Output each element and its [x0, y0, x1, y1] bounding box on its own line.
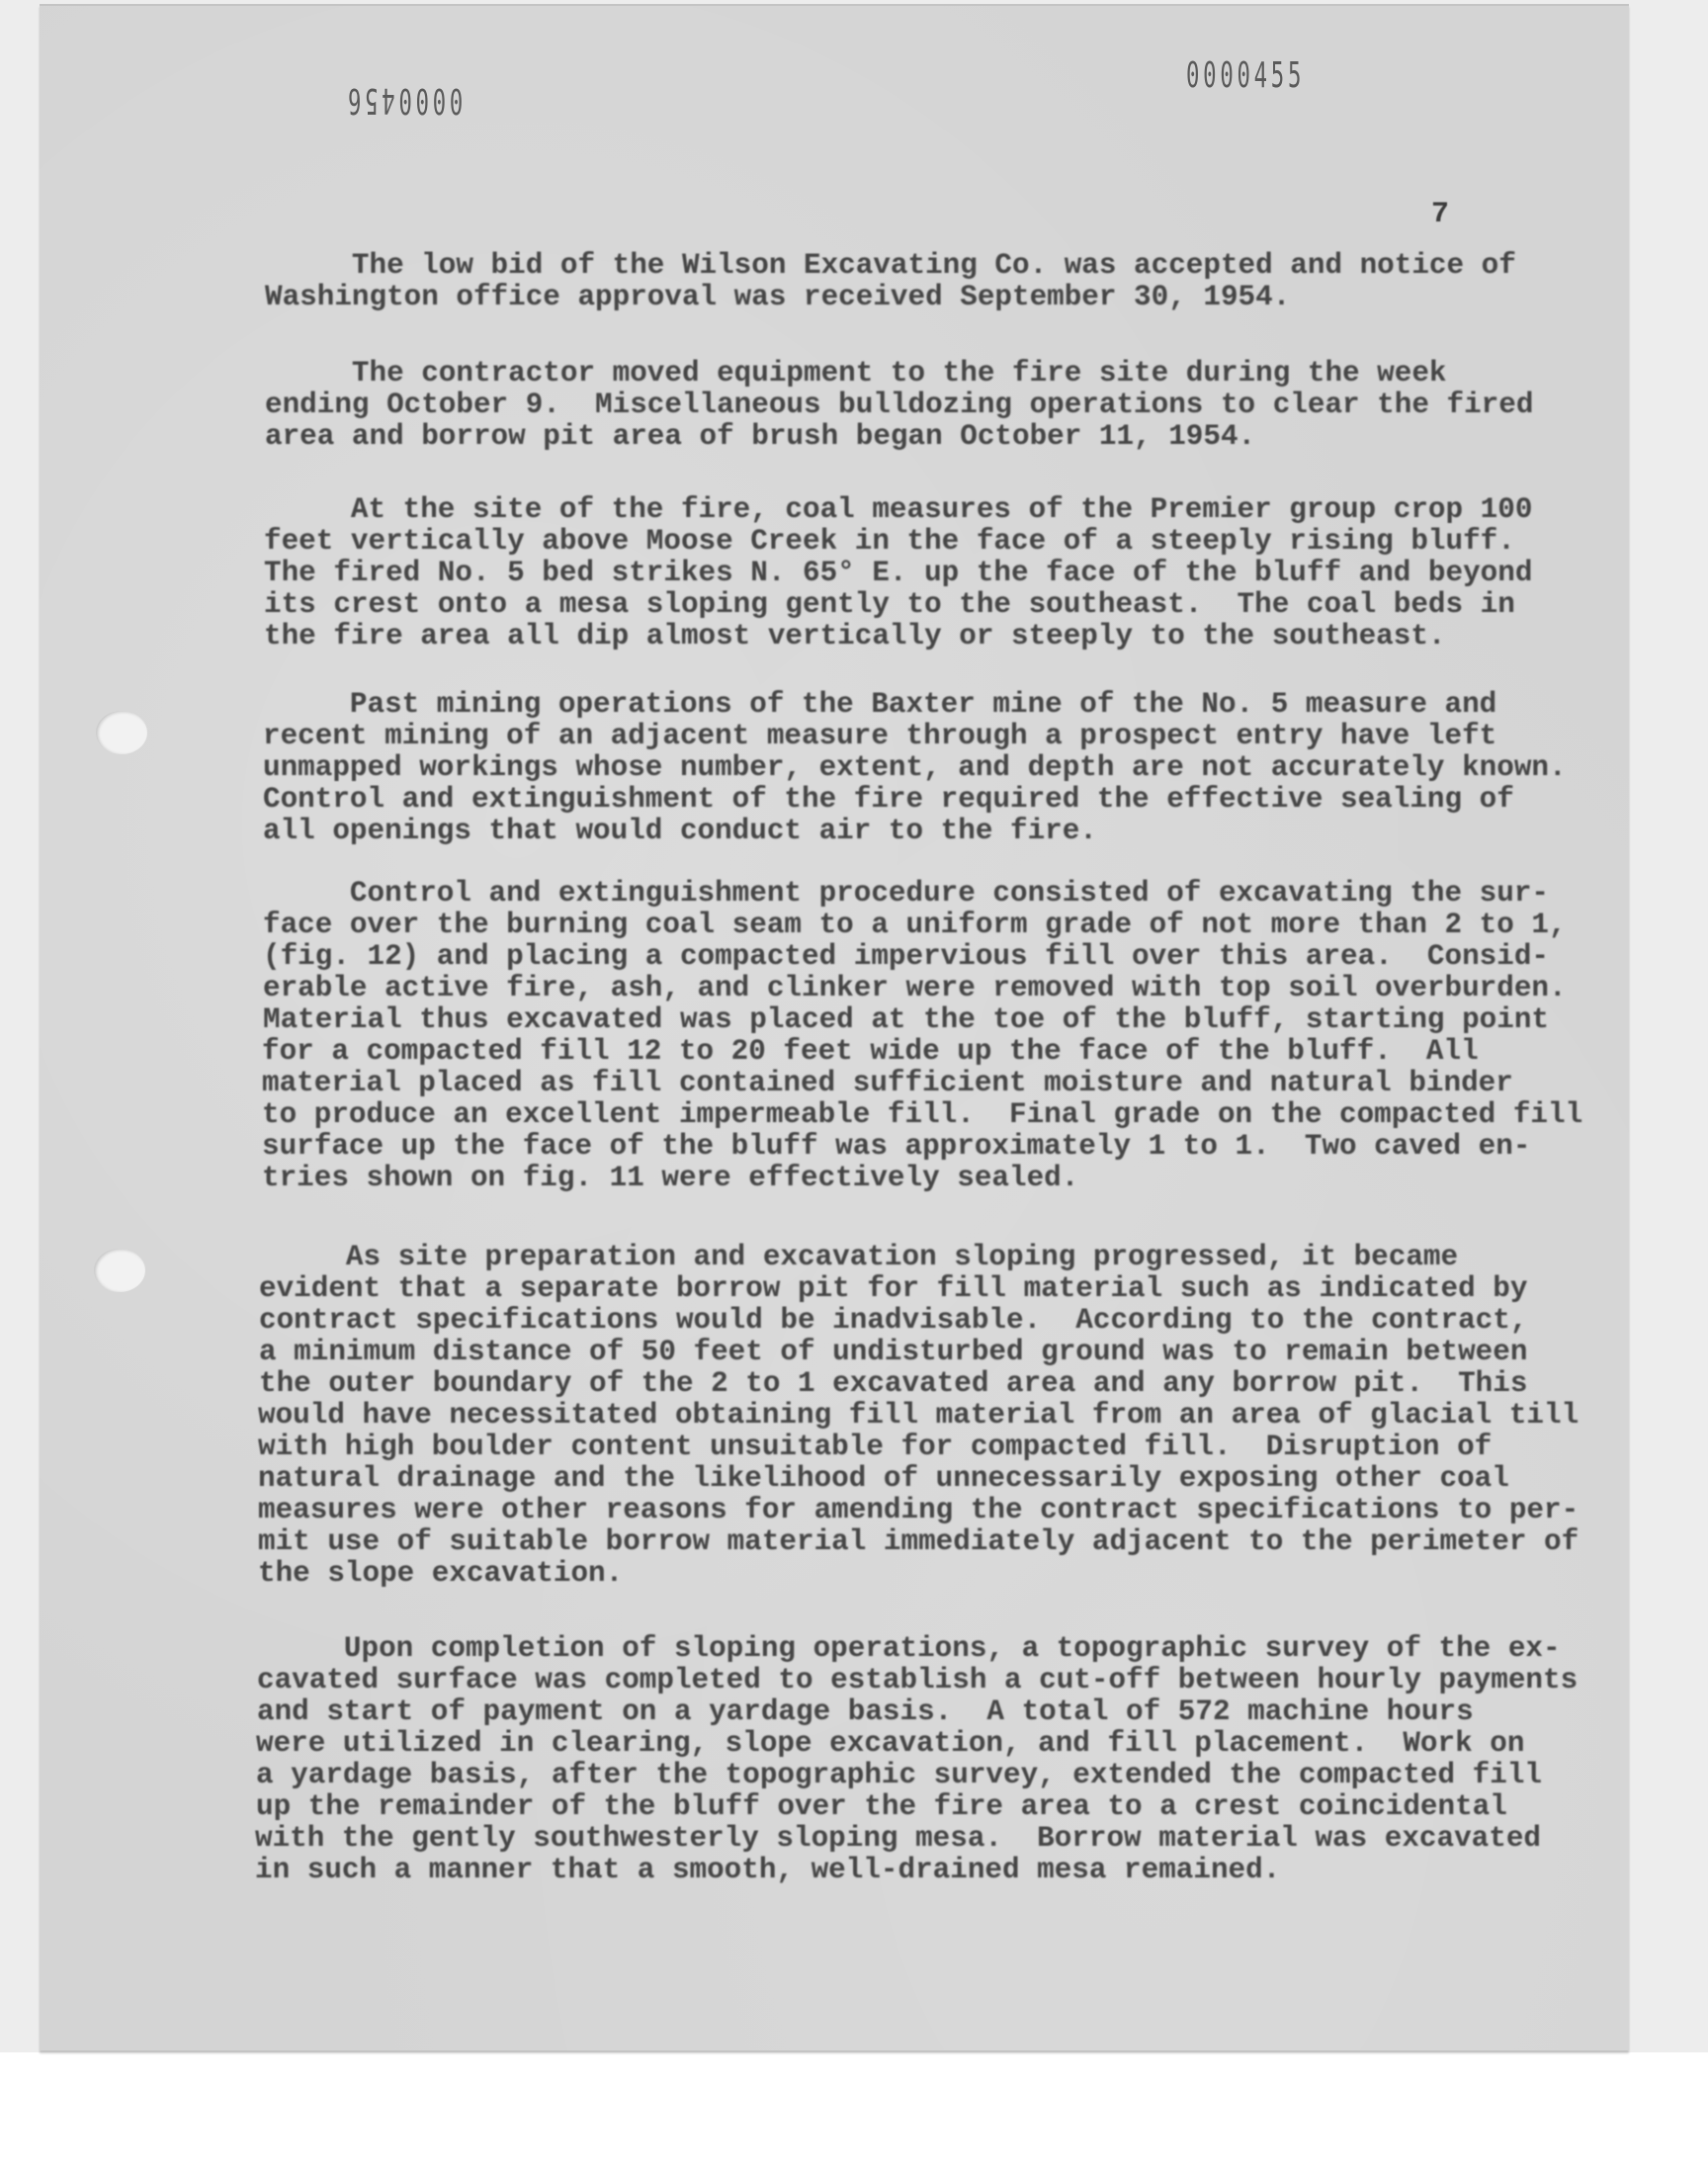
text-line: The low bid of the Wilson Excavating Co.…	[265, 250, 1516, 282]
text-line: natural drainage and the likelihood of u…	[258, 1463, 1509, 1495]
text-line: mit use of suitable borrow material imme…	[258, 1526, 1579, 1558]
text-line: At the site of the fire, coal measures o…	[264, 494, 1532, 526]
text-line: Control and extinguishment procedure con…	[263, 878, 1549, 910]
text-line: all openings that would conduct air to t…	[263, 816, 1097, 847]
text-line: (fig. 12) and placing a compacted imperv…	[263, 941, 1549, 973]
text-line: Washington office approval was received …	[265, 282, 1290, 313]
text-line: surface up the face of the bluff was app…	[262, 1131, 1530, 1163]
text-line: feet vertically above Moose Creek in the…	[264, 526, 1515, 558]
text-line: and start of payment on a yardage basis.…	[257, 1696, 1474, 1728]
text-line: the slope excavation.	[258, 1558, 623, 1590]
text-line: area and borrow pit area of brush began …	[265, 421, 1255, 453]
text-line: recent mining of an adjacent measure thr…	[263, 721, 1496, 752]
text-line: face over the burning coal seam to a uni…	[263, 910, 1567, 941]
text-line: in such a manner that a smooth, well-dra…	[255, 1855, 1280, 1886]
text-line: tries shown on fig. 11 were effectively …	[262, 1163, 1078, 1194]
text-line: The fired No. 5 bed strikes N. 65° E. up…	[264, 558, 1532, 589]
text-line: Material thus excavated was placed at th…	[263, 1004, 1549, 1036]
text-line: were utilized in clearing, slope excavat…	[256, 1728, 1524, 1760]
text-line: As site preparation and excavation slopi…	[259, 1242, 1458, 1273]
text-line: contract specifications would be inadvis…	[259, 1305, 1527, 1337]
text-line: for a compacted fill 12 to 20 feet wide …	[262, 1036, 1479, 1068]
text-line: a yardage basis, after the topographic s…	[256, 1760, 1542, 1791]
text-line: up the remainder of the bluff over the f…	[256, 1791, 1507, 1823]
text-line: The contractor moved equipment to the fi…	[265, 358, 1447, 390]
text-line: unmapped workings whose number, extent, …	[263, 752, 1567, 784]
text-line: the fire area all dip almost vertically …	[264, 621, 1446, 652]
text-line: Control and extinguishment of the fire r…	[263, 784, 1514, 816]
text-line: its crest onto a mesa sloping gently to …	[264, 589, 1515, 621]
page-number: 7	[1431, 198, 1449, 231]
document-stamp-number: 0000455	[1186, 55, 1305, 96]
text-line: to produce an excellent impermeable fill…	[262, 1099, 1582, 1131]
text-line: a minimum distance of 50 feet of undistu…	[259, 1337, 1527, 1368]
text-line: cavated surface was completed to establi…	[257, 1665, 1578, 1696]
text-line: ending October 9. Miscellaneous bulldozi…	[265, 390, 1533, 421]
text-line: measures were other reasons for amending…	[258, 1495, 1579, 1526]
document-stamp-inverted: 0000456	[322, 71, 464, 121]
text-line: would have necessitated obtaining fill m…	[258, 1400, 1579, 1432]
text-line: Past mining operations of the Baxter min…	[263, 689, 1496, 721]
text-line: with the gently southwesterly sloping me…	[255, 1823, 1541, 1855]
text-line: the outer boundary of the 2 to 1 excavat…	[259, 1368, 1527, 1400]
text-line: material placed as fill contained suffic…	[262, 1068, 1513, 1099]
text-line: evident that a separate borrow pit for f…	[259, 1273, 1527, 1305]
text-line: erable active fire, ash, and clinker wer…	[263, 973, 1567, 1004]
text-line: Upon completion of sloping operations, a…	[257, 1633, 1561, 1665]
text-line: with high boulder content unsuitable for…	[258, 1432, 1492, 1463]
punch-hole-top	[96, 711, 147, 754]
punch-hole-bottom	[94, 1249, 145, 1292]
